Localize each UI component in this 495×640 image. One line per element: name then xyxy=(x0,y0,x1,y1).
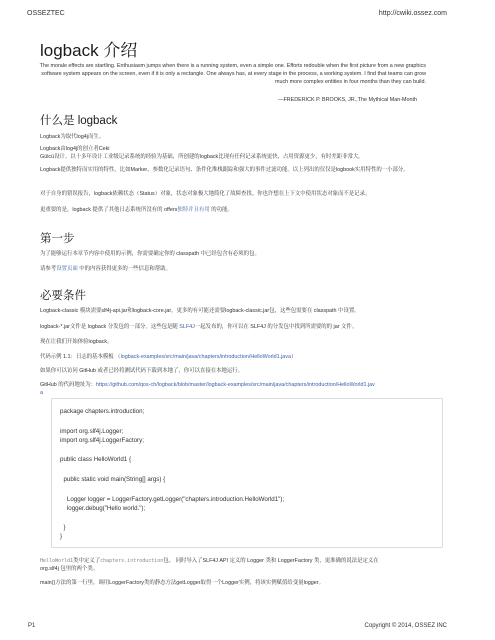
paragraph: Logback为取代log4j而生。 xyxy=(40,134,455,142)
paragraph: 对于自身的错误报告，logback依赖状态（Status）对象，状态对象极大地简… xyxy=(40,191,455,199)
paragraph: GitHub 的代码地址为：https://github.com/qos-ch/… xyxy=(40,382,455,397)
code-line: } xyxy=(60,524,66,531)
code-line: logger.debug("Hello world."); xyxy=(60,505,145,512)
paragraph: HelloWorld1类中定义了chapters.introduction包。 … xyxy=(40,558,455,573)
slf4j-link[interactable]: SLF4J xyxy=(179,324,195,330)
paragraph: main()方法的第一行里，调用LoggerFactory类的静态方法getLo… xyxy=(40,580,455,588)
page-header-left: OSSEZTEC xyxy=(27,10,65,17)
text: ） xyxy=(291,354,296,360)
paragraph: Logback提供独特而实用的特性，比如Marker、参数化记录语句、条件化堆栈… xyxy=(40,167,455,175)
paragraph: 如果你可以访问 GitHub 或者已经将测试代码下载到本地了，你可以直接在本地运… xyxy=(40,368,455,376)
text: 包。 同时导入了SLF4J API 定义的 Logger 类和 LoggerFa… xyxy=(163,558,378,564)
code-block: package chapters.introduction; import or… xyxy=(51,398,443,548)
paragraph: 为了能够运行本章节内容中使用的示例，你需要确定你的 classpath 中已经包… xyxy=(40,251,455,259)
section-heading-what-is-logback: 什么是 logback xyxy=(40,112,117,128)
text: 一起发布的，你可以在 SLF4J 的分发包中找到所需要的的 jar 文件。 xyxy=(195,324,357,330)
paragraph-line: Logback由log4j的创立者Ceki xyxy=(40,146,110,152)
copyright: Copyright © 2014, OSSEZ INC xyxy=(365,623,447,629)
unique-features-link[interactable]: 独特并且有用 xyxy=(177,207,209,213)
inline-code: chapters.introduction xyxy=(100,558,163,564)
paragraph: Logback-classic 模块需要slf4j-api.jar和logbac… xyxy=(40,308,455,316)
text: 中的内容获得更多的一些信息和帮助。 xyxy=(78,266,171,272)
inline-code: HelloWorld1 xyxy=(40,558,73,564)
epigraph-source: —FREDERICK P. BROOKS, JR.,The Mythical M… xyxy=(278,97,417,103)
paragraph: Logback由log4j的创立者Ceki Gülcü设计。以十多年设计工业级记… xyxy=(40,146,455,161)
text: 类中定义了 xyxy=(73,558,100,564)
section-heading-first-step: 第一步 xyxy=(40,230,75,246)
text: org.slf4j 包里的两个类。 xyxy=(40,566,98,572)
text: logback-*.jar文件是 logback 分发包的一部分。这些包是随 xyxy=(40,324,179,330)
github-link-continued[interactable]: a xyxy=(40,390,43,396)
page-title: logback 介绍 xyxy=(40,36,137,61)
example-source-link[interactable]: logback-examples/src/main/java/chapters/… xyxy=(121,354,291,360)
github-link[interactable]: https://github.com/qos-ch/logback/blob/m… xyxy=(96,382,375,388)
code-line: public static void main(String[] args) { xyxy=(60,476,165,483)
text: GitHub 的代码地址为： xyxy=(40,382,96,388)
text: 更重要的是，logback 提供了其他日志系统所没有的 offers xyxy=(40,207,177,213)
code-line: public class HelloWorld1 { xyxy=(60,456,131,463)
text: 代码示例 1.1：日志的基本模板 （ xyxy=(40,354,121,360)
code-line: package chapters.introduction; xyxy=(60,408,144,415)
section-heading-requirements: 必要条件 xyxy=(40,287,86,303)
code-line: import org.slf4j.LoggerFactory; xyxy=(60,437,144,444)
page-number: P1 xyxy=(28,623,35,629)
code-line: } xyxy=(60,533,62,540)
text: 请参考 xyxy=(40,266,56,272)
paragraph: 更重要的是，logback 提供了其他日志系统所没有的 offers独特并且有用… xyxy=(40,207,455,215)
paragraph: 现在让我们开始体验logback。 xyxy=(40,339,455,347)
page-header-url: http://cwiki.ossez.com xyxy=(379,10,447,17)
setup-page-link[interactable]: 设置页面 xyxy=(56,266,78,272)
paragraph: 代码示例 1.1：日志的基本模板 （logback-examples/src/m… xyxy=(40,354,455,362)
code-line: import org.slf4j.Logger; xyxy=(60,428,123,435)
text: 的功能。 xyxy=(210,207,233,213)
paragraph-line: Gülcü设计。以十多年设计工业级记录系统的经验为基础，所创建的logback比… xyxy=(40,154,364,160)
code-line: Logger logger = LoggerFactory.getLogger(… xyxy=(60,496,284,503)
epigraph-text: The morale effects are startling. Enthus… xyxy=(36,62,426,86)
paragraph: 请参考设置页面 中的内容获得更多的一些信息和帮助。 xyxy=(40,266,455,274)
paragraph: logback-*.jar文件是 logback 分发包的一部分。这些包是随 S… xyxy=(40,324,455,332)
